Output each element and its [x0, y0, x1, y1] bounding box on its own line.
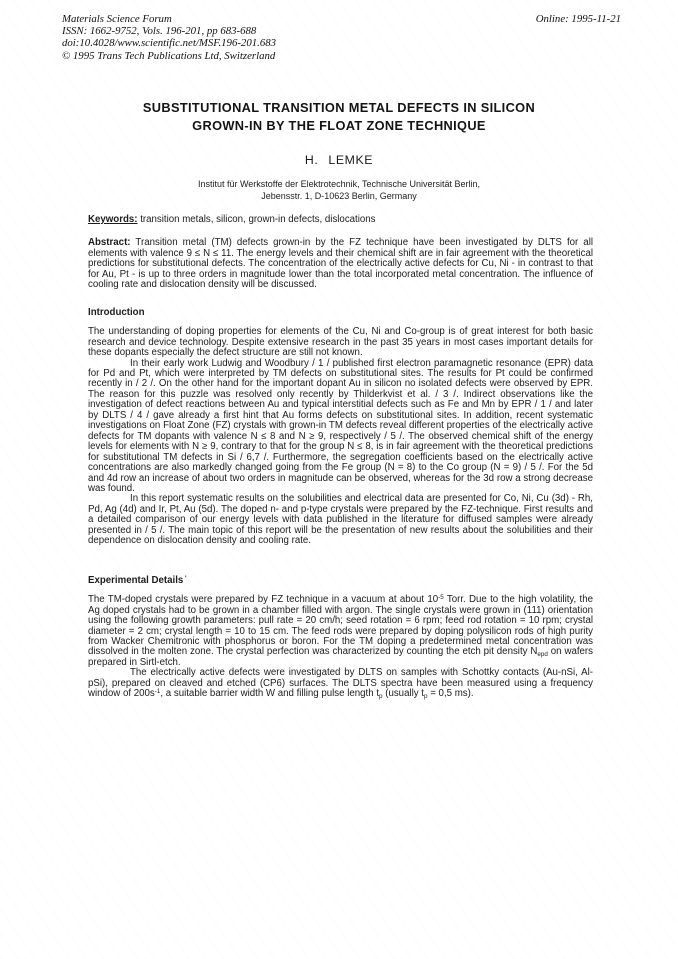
journal-page: Materials Science Forum ISSN: 1662-9752,… — [0, 0, 678, 959]
journal-name: Materials Science Forum — [62, 13, 276, 25]
author-name: H. LEMKE — [0, 153, 678, 167]
text-run: p — [379, 693, 383, 700]
intro-paragraph-2: In their early work Ludwig and Woodbury … — [88, 359, 593, 495]
text-run: (usually t — [383, 688, 424, 699]
abstract: Abstract: Transition metal (TM) defects … — [88, 238, 593, 290]
text-run: = 0,5 ms). — [428, 688, 474, 699]
issn-line: ISSN: 1662-9752, Vols. 196-201, pp 683-6… — [62, 25, 276, 37]
text-run: Experimental Details — [88, 575, 183, 586]
copyright-line: © 1995 Trans Tech Publications Ltd, Swit… — [62, 50, 276, 62]
text-run: Introduction — [88, 307, 145, 318]
text-run: Keywords: — [88, 214, 138, 225]
text-run: The TM-doped crystals were prepared by F… — [88, 594, 438, 605]
text-run: -5 — [438, 594, 444, 601]
affiliation: Institut für Werkstoffe der Elektrotechn… — [0, 178, 678, 203]
text-run: ' — [183, 575, 186, 582]
text-run: epd — [537, 651, 548, 658]
document-body: Keywords: transition metals, silicon, gr… — [88, 215, 593, 700]
text-run: p — [424, 693, 428, 700]
introduction-heading: Introduction — [88, 308, 593, 318]
text-run: Abstract: — [88, 237, 131, 248]
doi-line: doi:10.4028/www.scientific.net/MSF.196-2… — [62, 37, 276, 49]
affiliation-line-1: Institut für Werkstoffe der Elektrotechn… — [0, 178, 678, 190]
experimental-heading: Experimental Details ' — [88, 576, 593, 586]
experimental-paragraph-2: The electrically active defects were inv… — [88, 668, 593, 699]
affiliation-line-2: Jebensstr. 1, D-10623 Berlin, Germany — [0, 190, 678, 202]
text-run: The understanding of doping properties f… — [88, 326, 593, 358]
text-run: In their early work Ludwig and Woodbury … — [88, 358, 593, 494]
paper-title: SUBSTITUTIONAL TRANSITION METAL DEFECTS … — [0, 99, 678, 134]
text-run: -1 — [155, 688, 161, 695]
online-date: Online: 1995-11-21 — [536, 13, 621, 25]
intro-paragraph-3: In this report systematic results on the… — [88, 494, 593, 546]
text-run: In this report systematic results on the… — [88, 493, 593, 546]
text-run: Transition metal (TM) defects grown-in b… — [88, 237, 593, 290]
text-run: , a suitable barrier width W and filling… — [160, 688, 379, 699]
intro-paragraph-1: The understanding of doping properties f… — [88, 327, 593, 358]
experimental-paragraph-1: The TM-doped crystals were prepared by F… — [88, 595, 593, 668]
text-run: transition metals, silicon, grown-in def… — [138, 214, 376, 225]
text-run: Torr. Due to the high volatility, the Ag… — [88, 594, 593, 657]
keywords-line: Keywords: transition metals, silicon, gr… — [88, 215, 593, 225]
title-line-2: GROWN-IN BY THE FLOAT ZONE TECHNIQUE — [0, 117, 678, 135]
journal-header: Materials Science Forum ISSN: 1662-9752,… — [62, 13, 276, 62]
title-line-1: SUBSTITUTIONAL TRANSITION METAL DEFECTS … — [0, 99, 678, 117]
